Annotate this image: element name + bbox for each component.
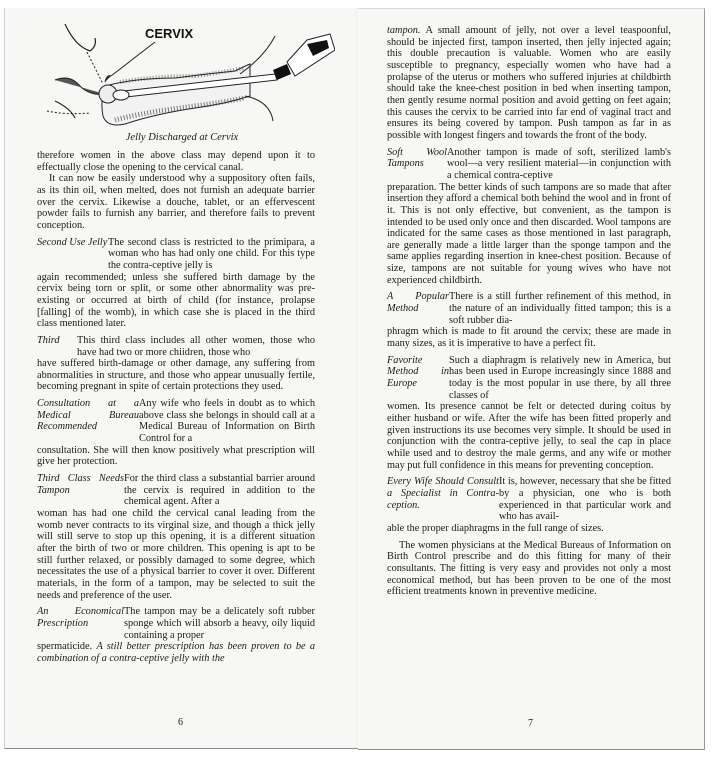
section-text: Such a diaphragm is relatively new in Am… — [449, 355, 671, 402]
section-text-continued: have suffered birth-damage or other dama… — [37, 358, 315, 393]
margin-heading: Favorite Method in Europe — [387, 355, 449, 402]
section-text: This third class includes all other wome… — [77, 335, 315, 358]
section-text: Another tampon is made of soft, steriliz… — [447, 147, 671, 182]
section-text-continued: again recommended; unless she suffered b… — [37, 272, 315, 330]
section-text-plain: spermaticide. — [37, 641, 92, 652]
section-text: The tampon may be a delicately soft rubb… — [124, 606, 315, 641]
paragraph-continued: tampon. A small amount of jelly, not ove… — [387, 25, 671, 142]
margin-heading: Every Wife Should Consult a Specialist i… — [387, 476, 499, 523]
page-number: 7 — [528, 718, 533, 729]
section-text: Any wife who feels in doubt as to which … — [139, 398, 315, 445]
margin-heading: Third — [37, 335, 77, 358]
book-spread: CERVIX Jelly Discharged at Cervix theref… — [0, 0, 714, 757]
section-text-continued: preparation. The better kinds of such ta… — [387, 182, 671, 287]
figure-caption: Jelly Discharged at Cervix — [5, 132, 359, 143]
left-page-text: therefore women in the above class may d… — [37, 150, 315, 665]
section-text-continued: able the proper diaphragms in the full r… — [387, 523, 671, 535]
margin-heading: Second Use Jelly — [37, 237, 108, 272]
right-page: tampon. A small amount of jelly, not ove… — [358, 8, 705, 750]
paragraph-text: A small amount of jelly, not over a leve… — [387, 25, 671, 141]
section-consult-specialist: Every Wife Should Consult a Specialist i… — [387, 476, 671, 523]
left-page: CERVIX Jelly Discharged at Cervix theref… — [4, 8, 359, 749]
right-page-text: tampon. A small amount of jelly, not ove… — [387, 25, 671, 598]
section-text: For the third class a substantial barrie… — [124, 473, 315, 508]
lead-italic: tampon. — [387, 25, 420, 36]
section-popular-method: A Popular Method There is a still furthe… — [387, 291, 671, 326]
page-number: 6 — [178, 717, 183, 728]
section-text-continued: phragm which is made to fit around the c… — [387, 326, 671, 349]
section-text-continued: woman has had one child the cervical can… — [37, 508, 315, 601]
section-text-continued: consultation. She will then know positiv… — [37, 445, 315, 468]
section-soft-wool-tampons: Soft Wool Tampons Another tampon is made… — [387, 147, 671, 182]
cervix-illustration-icon: CERVIX — [45, 16, 335, 131]
paragraph-women-physicians: The women physicians at the Medical Bure… — [387, 540, 671, 598]
section-text: It is, however, necessary that she be fi… — [499, 476, 671, 523]
section-third: Third This third class includes all othe… — [37, 335, 315, 358]
margin-heading: Third Class Needs Tampon — [37, 473, 124, 508]
section-economical-prescription: An Economical Prescription The tampon ma… — [37, 606, 315, 641]
margin-heading: A Popular Method — [387, 291, 449, 326]
paragraph-suppository: It can now be easily understood why a su… — [37, 173, 315, 231]
section-text: There is a still further refinement of t… — [449, 291, 671, 326]
margin-heading: Consultation at a Medical Bureau Recomme… — [37, 398, 139, 445]
margin-heading: An Economical Prescription — [37, 606, 124, 641]
section-text: The second class is restricted to the pr… — [108, 237, 315, 272]
section-text-continued: spermaticide. A still better prescriptio… — [37, 641, 315, 664]
section-favorite-method-europe: Favorite Method in Europe Such a diaphra… — [387, 355, 671, 402]
section-second-use-jelly: Second Use Jelly The second class is res… — [37, 237, 315, 272]
section-text-continued: women. Its presence cannot be felt or de… — [387, 401, 671, 471]
paragraph-continued: therefore women in the above class may d… — [37, 150, 315, 173]
section-consultation: Consultation at a Medical Bureau Recomme… — [37, 398, 315, 445]
margin-heading: Soft Wool Tampons — [387, 147, 447, 182]
cervix-label: CERVIX — [145, 26, 193, 41]
section-third-class-tampon: Third Class Needs Tampon For the third c… — [37, 473, 315, 508]
